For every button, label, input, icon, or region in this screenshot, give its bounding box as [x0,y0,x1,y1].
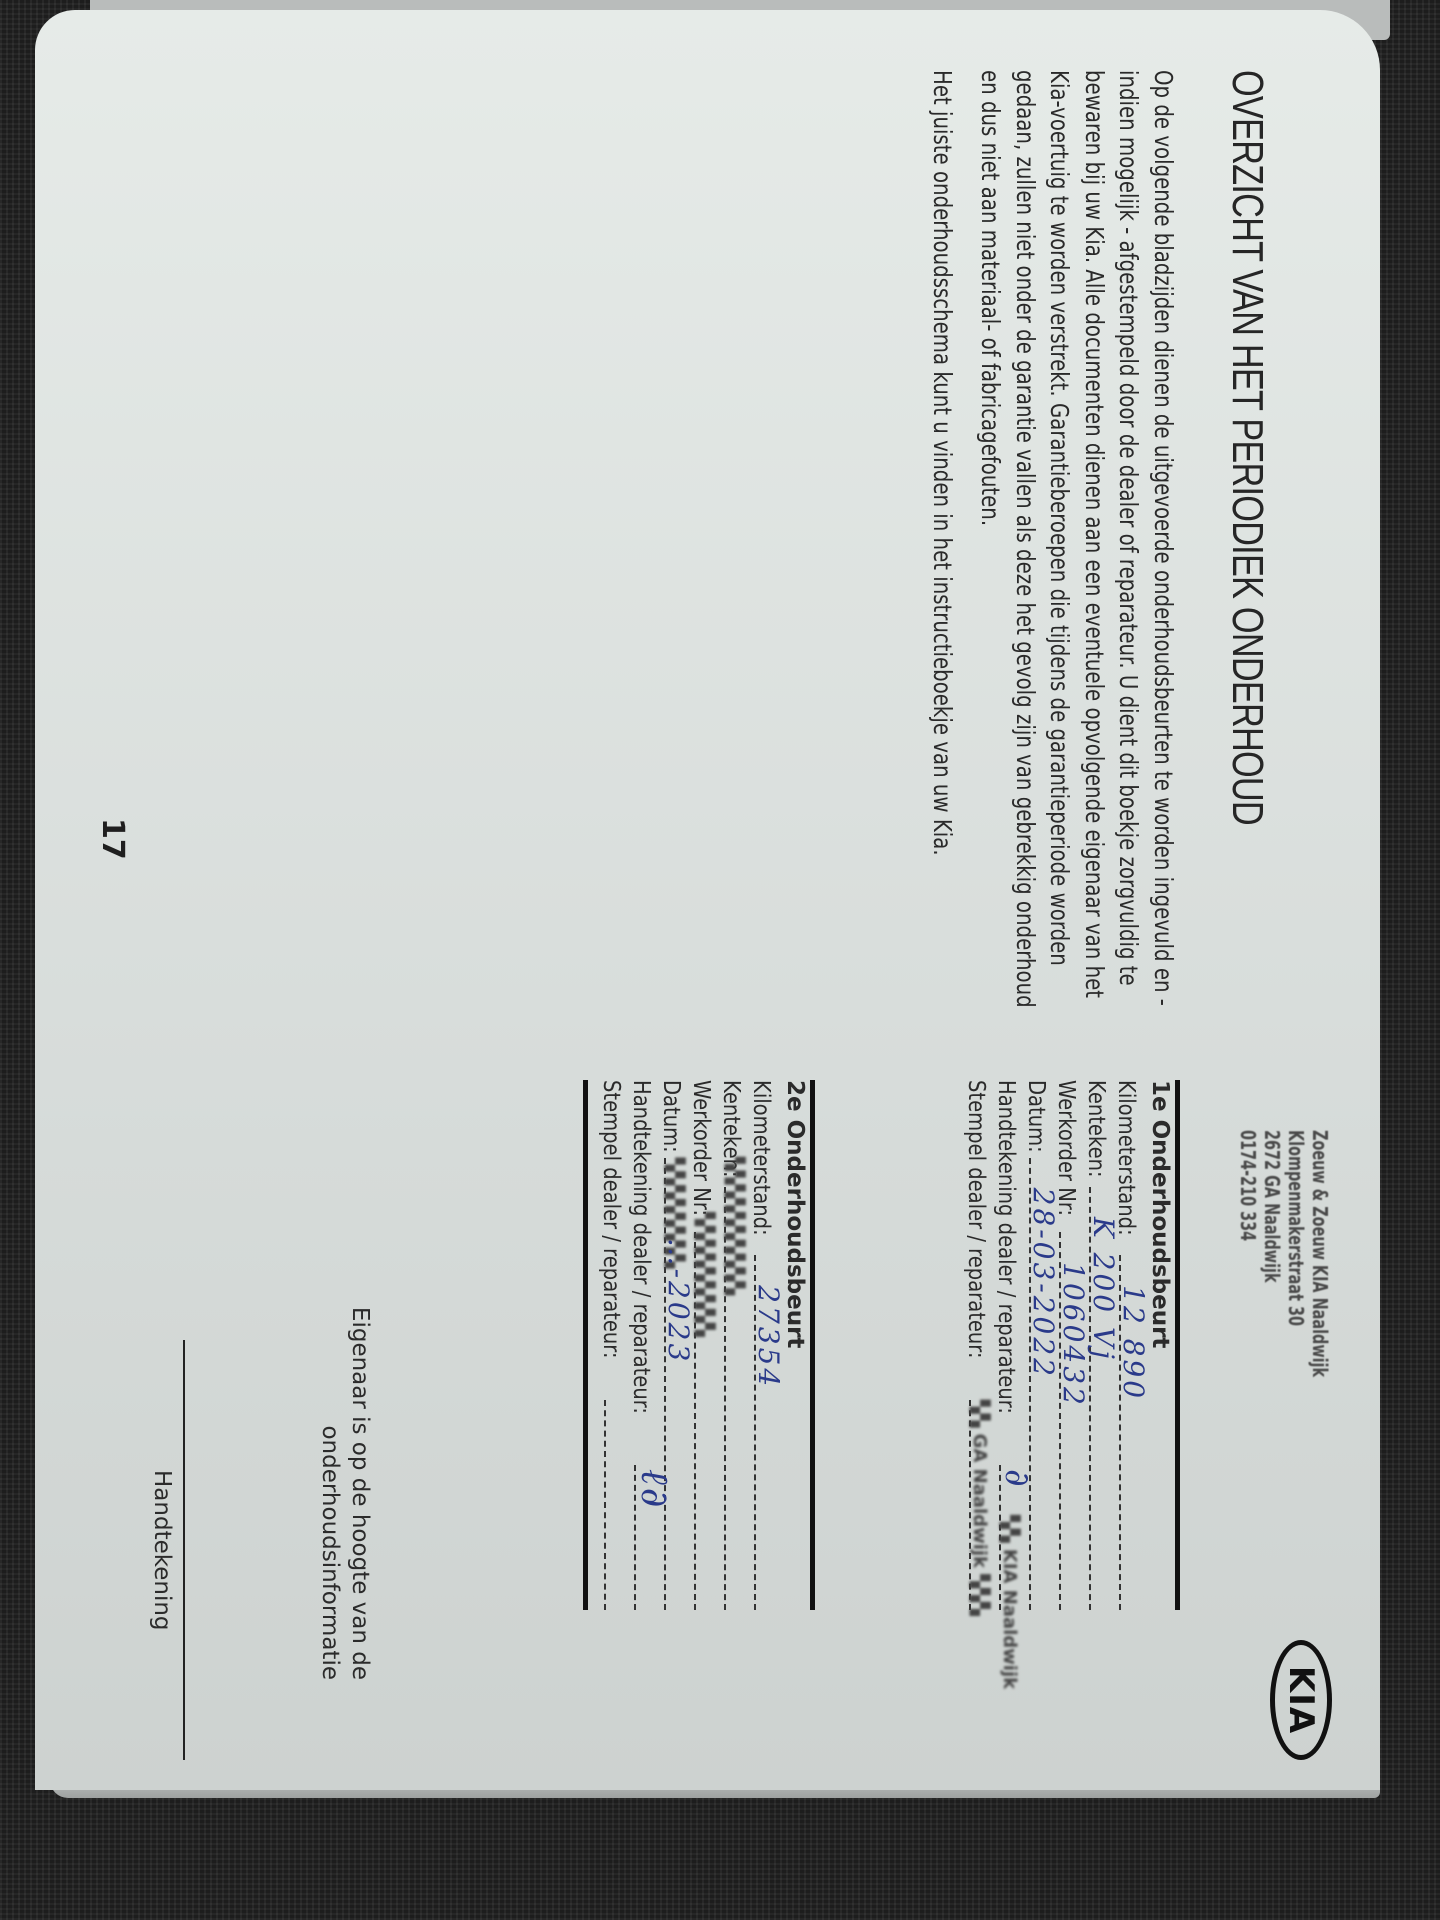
stamp-smudge: ▚▚ KIA Naaldwijk [999,1515,1020,1689]
booklet-page: OVERZICHT VAN HET PERIODIEK ONDERHOUD Op… [35,10,1380,1790]
handwritten-value: 12 890 [1117,1285,1150,1401]
intro-paragraph: Het juiste onderhoudsschema kunt u vinde… [925,70,960,1018]
service-1: 1e Onderhoudsbeurt Kilometerstand: 12 89… [963,1080,1180,1610]
field-line: ∂▚▚ KIA Naaldwijk [999,1465,1001,1610]
service-2: 2e Onderhoudsbeurt Kilometerstand: 27354… [583,1080,815,1610]
field-stempel[interactable]: Stempel dealer / reparateur: ▚▚ GA Naald… [963,1080,993,1610]
field-label: Datum: [1023,1080,1049,1153]
handwritten-value: …-2023 [662,1238,695,1365]
owner-signature-label: Handtekening [149,1470,175,1631]
field-label: Handtekening dealer / reparateur: [993,1080,1019,1414]
kia-logo-icon: KIA [1270,1640,1332,1760]
stamp-line: 0174-210 334 [1236,1130,1260,1377]
dealer-stamp: Zoeuw & Zoeuw KIA Naaldwijk Klompenmaker… [1236,1130,1332,1377]
field-label: Stempel dealer / reparateur: [963,1080,989,1359]
field-line: ℓ∂ [634,1465,636,1610]
stamp-smudge: ▚▚▚▚▚▚▚▚▚ [694,1212,715,1337]
stamp-line: Klompenmakerstraat 30 [1284,1130,1308,1377]
field-datum[interactable]: Datum: 28-03-2022 [1023,1080,1053,1610]
intro-text: Op de volgende bladzijden dienen de uitg… [911,70,1181,1018]
field-label: Werkorder Nr: [688,1080,714,1216]
stamp-smudge: ▚▚ GA Naaldwijk ▚▚▚ [969,1400,990,1616]
page-number: 17 [95,818,130,860]
field-kilometerstand[interactable]: Kilometerstand: 27354 [748,1080,778,1610]
field-label: Stempel dealer / reparateur: [598,1080,624,1359]
field-handtekening[interactable]: Handtekening dealer / reparateur: ∂▚▚ KI… [993,1080,1023,1610]
signature-scribble: ℓ∂ [632,1469,677,1510]
handwritten-value: 28-03-2022 [1027,1188,1060,1379]
field-kenteken[interactable]: Kenteken: ▚▚▚▚▚▚▚▚▚▚ [718,1080,748,1610]
field-label: Handtekening dealer / reparateur: [628,1080,654,1414]
stamp-line: Zoeuw & Zoeuw KIA Naaldwijk [1308,1130,1332,1377]
field-line: 27354 [754,1255,756,1610]
section-divider [810,1080,815,1610]
field-line [604,1400,606,1610]
field-label: Kilometerstand: [1113,1080,1139,1236]
owner-acknowledgement: Eigenaar is op de hoogte van de onderhou… [315,1240,375,1680]
owner-note-line: onderhoudsinformatie [315,1240,345,1680]
stamp-line: 2672 GA Naaldwijk [1260,1130,1284,1377]
field-datum[interactable]: Datum: ▚▚▚▚▚▚▚▚…-2023 [658,1080,688,1610]
stamp-smudge: ▚▚▚▚▚▚▚▚▚▚ [724,1157,745,1295]
owner-note-line: Eigenaar is op de hoogte van de [345,1240,375,1680]
field-label: Datum: [658,1080,684,1153]
field-line: 28-03-2022 [1029,1158,1031,1610]
signature-scribble: ∂ [997,1469,1037,1490]
owner-signature-line[interactable] [183,1340,185,1760]
field-label: Kenteken: [1083,1080,1109,1178]
field-handtekening[interactable]: Handtekening dealer / reparateur: ℓ∂ [628,1080,658,1610]
handwritten-value: 1060432 [1057,1262,1090,1408]
field-line: ▚▚ GA Naaldwijk ▚▚▚ [969,1400,971,1610]
handwritten-value: K 200 Vj [1087,1217,1120,1362]
section-divider [583,1080,588,1610]
field-label: Kilometerstand: [748,1080,774,1236]
intro-paragraph: Op de volgende bladzijden dienen de uitg… [973,70,1180,1018]
section-divider [1175,1080,1180,1610]
field-line: ▚▚▚▚▚▚▚▚…-2023 [664,1158,666,1610]
field-line: ▚▚▚▚▚▚▚▚▚▚ [724,1187,726,1610]
handwritten-value: 27354 [752,1285,785,1389]
page-title: OVERZICHT VAN HET PERIODIEK ONDERHOUD [1222,70,1272,825]
field-stempel[interactable]: Stempel dealer / reparateur: [598,1080,628,1610]
